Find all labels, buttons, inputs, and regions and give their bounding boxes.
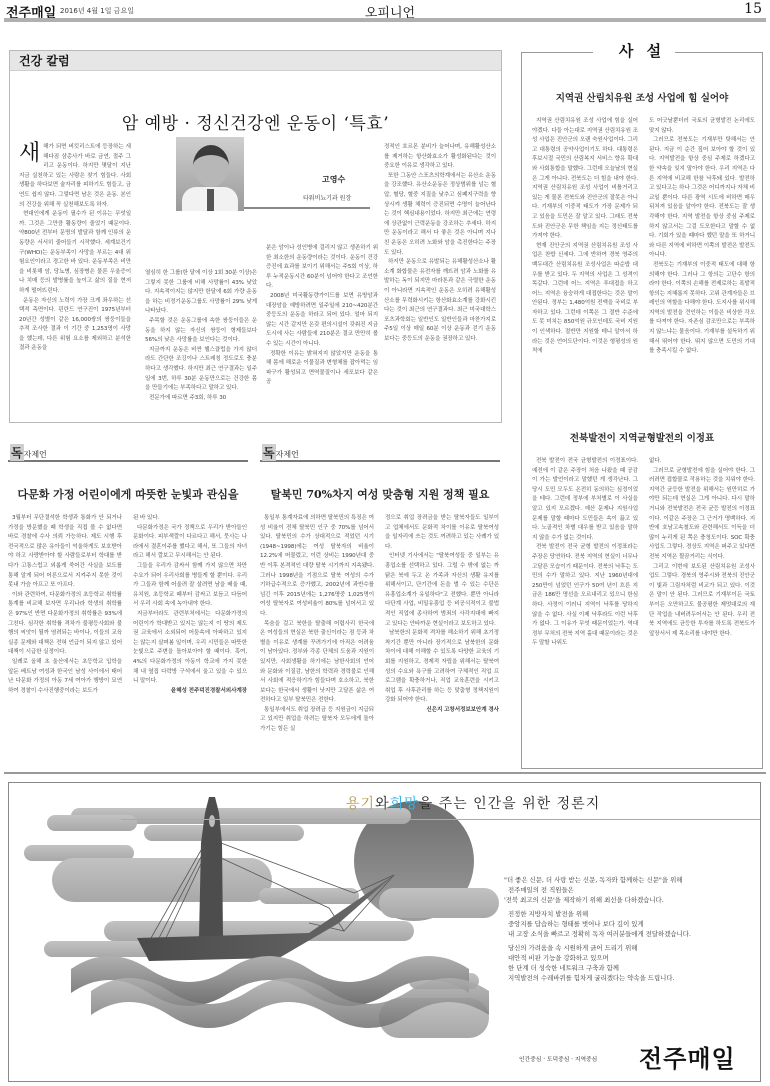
label-highlight: 독	[262, 444, 276, 461]
paragraph: 2008년 미국활동량가이드를 보면 유방암과 대장암을 예방하려면 일주일에 …	[266, 292, 378, 350]
paragraph: 된 바 있다.	[133, 514, 247, 524]
dropcap: 새	[19, 143, 40, 165]
paragraph: 주목할 것은 운동그룹에 속한 쌍둥이들은 운동을 하지 않는 자신의 쌍둥이 …	[145, 317, 257, 346]
editorial-label: 사 설	[522, 40, 762, 61]
ad-slogan: 용기와희망을 주는 인간을 위한 정론지	[346, 793, 600, 813]
ship-sun-illustration	[9, 783, 509, 1082]
reader-contribution-1: 독자제언 다문화 가정 어린이에게 따뜻한 눈빛과 관심을 3월부터 무단결석한…	[8, 444, 248, 774]
editorial-title-2: 전북발전이 지역균형발전의 이정표	[522, 430, 762, 444]
paragraph: 목숨을 걸고 북한을 탈출해 어렵사리 한국에 온 여성들의 현실은 북한 출신…	[260, 620, 374, 706]
paragraph: 정적인 호르몬 분비가 늘어나며, 유해활성산소를 제거하는 항산화효소가 활성…	[384, 143, 496, 172]
paragraph: 하지만 운동으로 유발되는 유해활성산소나 활소계 화합물은 유전자를 깨뜨려 …	[384, 258, 496, 344]
health-text-col-3: 분은 암이나 성인병에 걸리지 않고 생존하기 위한 최소한의 운동량이라는 것…	[266, 244, 378, 388]
label-text: 자제언	[24, 450, 47, 459]
paragraph: 열심히 한 그룹(한 달에 이상 1회 30분 이상)은 그렇지 못한 그룹에 …	[145, 269, 257, 317]
page-number: 15	[744, 1, 762, 17]
editorial-title-1: 지역권 산림치유원 조성 사업에 힘 실어야	[522, 90, 762, 104]
reader-contribution-2: 독자제언 탈북민 70%차지 여성 맞춤형 지원 정책 필요 통일부 통계자료에…	[260, 444, 500, 774]
paragraph: 다문화가정은 국가 정책으로 우리가 받아들인 문화이다. 피부색깔이 다르다고…	[133, 524, 247, 562]
paragraph: 현대인에게 운동이 필수가 된 이유는 무엇일까. 그것은 그만큼 활동량이 줄…	[19, 210, 131, 296]
reader-title: 탈북민 70%차지 여성 맞춤형 지원 정책 필요	[260, 486, 500, 502]
label-text: 자제언	[276, 450, 299, 459]
pledge-group-1: "더 좋은 신문, 더 사랑 받는 신문, 독자와 함께하는 신문"을 위해 전…	[504, 875, 754, 905]
reader-section-label: 독자제언	[8, 444, 248, 462]
reader-2-col-1: 통일부 통계자료에 의하면 탈북민의 특징은 여성 비율이 전체 탈북민 인구 …	[260, 514, 374, 735]
pledge-group-2: 진정한 지방자치 발전을 위해 중앙지를 답습하는 형태를 벗어나 보다 깊이 …	[504, 909, 754, 939]
editorial-1-col-2: 도 어긋날뿐더러 국토의 균형발전 논리에도 맞지 않다. 그러므로 전북도는 …	[649, 117, 755, 357]
house-advertisement: 용기와희망을 주는 인간을 위한 정론지 "더 좋은 신문, 더 사랑 받는 신…	[8, 782, 761, 1082]
slogan-hope: 희망	[390, 796, 419, 812]
paragraph: 정확한 이유는 밝혀지지 않았지만 운동을 통해 몸에 해로운 이물질과 변형체…	[266, 350, 378, 388]
byline: 윤혜성 전주덕진경찰서외사계장	[133, 687, 247, 697]
pledge-line: 지역발전의 수레바퀴를 힘차게 굴리겠다는 약속을 드립니다.	[508, 973, 754, 983]
paragraph: 남북한의 문화적 격차를 해소하기 위해 초기정착기간 뿐만 아니라 장기적으로…	[385, 629, 499, 706]
pledge-line: 내 고장 소식을 빠르고 정확히 독자 여러분들에게 전달하겠습니다.	[508, 929, 754, 939]
masthead: 전주매일 2016년 4월 1일 금요일 오피니언 15	[0, 0, 770, 22]
paragraph: 현재 진안군의 지역권 산림치유원 조성 사업은 찬밥 신세다. 그에 반하여 …	[532, 242, 638, 357]
paragraph: 그러므로 전북도는 기재부만 탓해서는 안 된다. 지금 이 순간 짚어 보아야…	[649, 136, 755, 261]
ad-divider	[121, 819, 761, 820]
paragraph: 그리고 이번에 보도된 산림치유원 조성사업도 그렇다. 경북의 영주시와 전북…	[649, 563, 755, 640]
paragraph: 전북 발전이 전국 균형 발전의 이정표라는 주장은 당연하다. 전북 지역의 …	[532, 543, 638, 649]
paragraph: 통일부에서도 취업 장려금 등 지원금이 지급되고 있지만 취업을 하려는 탈북…	[260, 706, 374, 735]
pledge-line: 대안적 비판 기능을 강화하고 있으며	[508, 953, 754, 963]
author-photo	[176, 137, 244, 211]
paragraph: 없다.	[649, 457, 755, 467]
paragraph: 통일부 통계자료에 의하면 탈북민의 특징은 여성 비율이 전체 탈북민 인구 …	[260, 514, 374, 620]
editorial-2-col-1: 전북 발전이 전국 균형발전의 이정표이다. 예전에 이 같은 주장이 처음 나…	[532, 457, 638, 649]
author-divider	[244, 207, 370, 209]
slogan-text: 을 주는 인간을 위한 정론지	[419, 796, 601, 812]
health-text-col-2: 열심히 한 그룹(한 달에 이상 1회 30분 이상)은 그렇지 못한 그룹에 …	[145, 269, 257, 403]
paragraph: 분은 암이나 성인병에 걸리지 않고 생존하기 위한 최소한의 운동량이라는 것…	[266, 244, 378, 292]
health-text-col-4: 정적인 호르몬 분비가 늘어나며, 유해활성산소를 제거하는 항산화효소가 활성…	[384, 143, 496, 344]
reader-section-label: 독자제언	[260, 444, 500, 462]
paragraph: 인터넷 기사에서는 "탈북여성들 중 일부는 유흥업소를 선택하고 있다. 그럴…	[385, 552, 499, 629]
paragraph: 지역권 산림치유원 조성 사업에 힘을 실어야겠다. 다들 아는대로 지역권 산…	[532, 117, 638, 242]
editorial-2-col-2: 없다. 그러므로 균형발전에 힘을 실어야 한다. 그러려면 접합물로 작용하는…	[649, 457, 755, 639]
paragraph: 그러므로 균형발전에 힘을 실어야 한다. 그러려면 접합물로 작용하는 것을 …	[649, 467, 755, 563]
ad-pledge-text: "더 좋은 신문, 더 사랑 받는 신문, 독자와 함께하는 신문"을 위해 전…	[504, 875, 754, 987]
byline: 신은지 고창서정보보안계 경사	[385, 706, 499, 716]
reader-title: 다문화 가정 어린이에게 따뜻한 눈빛과 관심을	[8, 486, 248, 502]
paragraph: 지금부터라도 관련부처에서는 다문화가정의 어린이가 학대받고 있지는 않는지 …	[133, 610, 247, 687]
paragraph: 지금까지 운동은 비싼 헬스클럽을 가지 않더라도 간단한 조깅이나 스트레칭 …	[145, 346, 257, 394]
paragraph: 도 어긋날뿐더러 국토의 균형발전 논리에도 맞지 않다.	[649, 117, 755, 136]
newspaper-logo: 전주매일	[639, 1039, 736, 1074]
portrait-tie	[207, 189, 214, 211]
slogan-text: 와	[375, 796, 390, 812]
pledge-line: 진정한 지방자치 발전을 위해	[508, 909, 754, 919]
pledge-line: 전주매일의 전 직원들은	[504, 885, 754, 895]
paragraph: 전북 발전이 전국 균형발전의 이정표이다. 예전에 이 같은 주장이 처음 나…	[532, 457, 638, 543]
issue-date: 2016년 4월 1일 금요일	[60, 6, 134, 16]
health-column-title: 암 예방 · 정신건강엔 운동이 ‘특효’	[10, 109, 501, 134]
paragraph: 전문가에 따르면 주3회, 하루 30	[145, 394, 257, 404]
paragraph: 그들을 우리가 감싸서 함께 가지 않으면 차만 수요가 되어 우리사회를 병들…	[133, 562, 247, 610]
paragraph: 운동은 자신의 노력이 가장 크게 좌우하는 선택적 측면이다. 핀란드 연구진…	[19, 297, 131, 355]
author-name: 고영수	[322, 174, 345, 185]
reader-1-col-1: 3월부터 무단결석한 학생과 통화가 안 되거나 가정을 방문했을 때 학생을 …	[8, 514, 122, 696]
paragraph: 전북도는 기재부의 이중적 태도에 대해 항의해야 한다. 그러나 그 항의는 …	[649, 261, 755, 357]
slogan-courage: 용기	[346, 796, 375, 812]
portrait-face	[193, 145, 229, 187]
reader-2-col-2: 정으로 취업 장려금을 받는 탈북자들도 일부이고 업체에서도 문화적 차이를 …	[385, 514, 499, 715]
paragraph: 3월부터 무단결석한 학생과 통화가 안 되거나 가정을 방문했을 때 학생을 …	[8, 514, 122, 591]
paragraph: 정으로 취업 장려금을 받는 탈북자들도 일부이고 업체에서도 문화적 차이를 …	[385, 514, 499, 552]
pledge-line: 중앙지를 답습하는 형태를 벗어나 보다 깊이 있게	[508, 919, 754, 929]
health-column-label: 건강 칼럼	[10, 51, 501, 71]
label-highlight: 독	[10, 444, 24, 461]
ad-tagline: 인간중심 · 도덕중심 · 지역중심	[519, 1054, 597, 1063]
health-column: 건강 칼럼 암 예방 · 정신건강엔 운동이 ‘특효’ 새 해가 되면 버킷리스…	[9, 50, 502, 423]
health-text-col-1: 새 해가 되면 버킷리스트에 등장하는 새해다짐 삼총사가 바로 금연, 절주 …	[19, 143, 131, 354]
paragraph: 이와 관련하여, 다문화가정의 초등학교 취학률 통계를 비교해 보자면 우리나…	[8, 591, 122, 658]
paragraph: 일례로 올해 초 울산에서는 초등학교 입학을 앞둔 베트남 여성과 한국인 남…	[8, 658, 122, 696]
author-role: 타워비뇨기과 원장	[303, 193, 351, 202]
pledge-group-3: 당신의 가려움을 속 시원하게 긁어 드리기 위해 대안적 비판 기능을 강화하…	[504, 943, 754, 983]
pledge-line: "더 좋은 신문, 더 사랑 받는 신문, 독자와 함께하는 신문"을 위해	[504, 875, 754, 885]
reader-1-col-2: 된 바 있다. 다문화가정은 국가 정책으로 우리가 받아들인 문화이다. 피부…	[133, 514, 247, 696]
pledge-line: '전북 최고의 신문'을 제작하기 위해 최선을 다하겠습니다.	[504, 895, 754, 905]
paragraph: 또한 그동안 스포츠의학계에서는 유산소 운동을 강조했다. 유산소운동은 정상…	[384, 172, 496, 258]
editorial-1-col-1: 지역권 산림치유원 조성 사업에 힘을 실어야겠다. 다들 아는대로 지역권 산…	[532, 117, 638, 357]
pledge-line: 당신의 가려움을 속 시원하게 긁어 드리기 위해	[508, 943, 754, 953]
masthead-rule	[4, 18, 766, 22]
pledge-line: 한 단계 더 성숙한 네트워크 구축과 함께	[508, 963, 754, 973]
editorial-box: 사 설 지역권 산림치유원 조성 사업에 힘 실어야 지역권 산림치유원 조성 …	[521, 52, 763, 769]
section-divider	[4, 772, 766, 774]
